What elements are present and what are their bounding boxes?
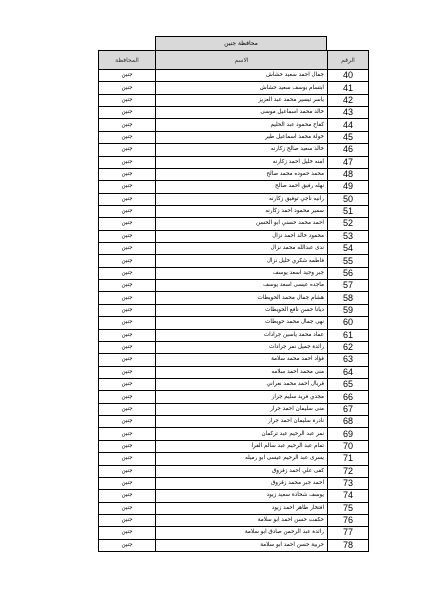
row-governorate: جنين — [99, 144, 156, 156]
table-row: 42ياسر تيسير محمد عبد العزيزجنين — [99, 94, 369, 106]
table-row: 76حكمت حسن احمد ابو سلامةجنين — [99, 514, 369, 526]
table-row: 47امنه خليل احمد زكارنهجنين — [99, 156, 369, 168]
table-row: 75افتخار طاهر احمد زيودجنين — [99, 502, 369, 514]
roster-body: 40جمال احمد سعيد حشاشجنين41ابتسام يوسف س… — [99, 70, 369, 552]
table-row: 58هشام جمال محمد الحويطاتجنين — [99, 292, 369, 304]
row-governorate: جنين — [99, 453, 156, 465]
table-row: 74يوسف شحادة سعيد زيودجنين — [99, 490, 369, 502]
table-row: 63فؤاد احمد محمد سلامةجنين — [99, 354, 369, 366]
row-name: محمد حموده محمد صالح — [156, 168, 328, 180]
row-number: 63 — [328, 354, 369, 366]
row-number: 73 — [328, 477, 369, 489]
column-header-number: الرقم — [328, 51, 369, 70]
row-number: 76 — [328, 514, 369, 526]
row-name: رائدة جميل نمر جرادات — [156, 341, 328, 353]
row-name: حربية حسن احمد ابو سلامة — [156, 539, 328, 551]
table-row: 57ماجده عيسى اسعد يوسفجنين — [99, 280, 369, 292]
row-name: كفى علي احمد زقزوق — [156, 465, 328, 477]
row-number: 78 — [328, 539, 369, 551]
row-name: ديانا حسن نافع الحويطات — [156, 304, 328, 316]
row-number: 65 — [328, 378, 369, 390]
table-row: 65فريال احمد محمد نعرانيجنين — [99, 378, 369, 390]
table-row: 69نمر عبد الرحيم عبد تركمانجنين — [99, 428, 369, 440]
row-number: 43 — [328, 107, 369, 119]
row-name: ياسر تيسير محمد عبد العزيز — [156, 94, 328, 106]
table-row: 40جمال احمد سعيد حشاشجنين — [99, 70, 369, 82]
table-row: 77رائدة عبد الرحمن صادق ابو سلامةجنين — [99, 527, 369, 539]
row-name: امنه خليل احمد زكارنه — [156, 156, 328, 168]
row-name: افتخار طاهر احمد زيود — [156, 502, 328, 514]
row-name: جمال احمد سعيد حشاش — [156, 70, 328, 82]
row-number: 51 — [328, 205, 369, 217]
row-name: مجدي فريد سليم جرار — [156, 391, 328, 403]
row-number: 45 — [328, 131, 369, 143]
row-number: 47 — [328, 156, 369, 168]
column-header-governorate: المحافظة — [99, 51, 156, 70]
row-number: 46 — [328, 144, 369, 156]
table-title: محافظة جنين — [155, 36, 327, 50]
table-row: 60نهى جمال محمد حويطاتجنين — [99, 317, 369, 329]
row-name: يوسف شحادة سعيد زيود — [156, 490, 328, 502]
row-governorate: جنين — [99, 181, 156, 193]
row-number: 58 — [328, 292, 369, 304]
row-name: ندى عبدالله محمد نزال — [156, 243, 328, 255]
row-governorate: جنين — [99, 329, 156, 341]
row-number: 70 — [328, 440, 369, 452]
row-governorate: جنين — [99, 317, 156, 329]
row-number: 74 — [328, 490, 369, 502]
row-name: احمد جبر محمد زقزوق — [156, 477, 328, 489]
row-governorate: جنين — [99, 70, 156, 82]
row-governorate: جنين — [99, 514, 156, 526]
table-row: 78حربية حسن احمد ابو سلامةجنين — [99, 539, 369, 551]
row-name: منى محمد احمد سلامه — [156, 366, 328, 378]
table-row: 72كفى علي احمد زقزوقجنين — [99, 465, 369, 477]
roster-table: الرقم الاسم المحافظة 40جمال احمد سعيد حش… — [98, 50, 369, 552]
table-row: 44كفاح محمود عبد الحليمجنين — [99, 119, 369, 131]
table-row: 45خولة محمد اسماعيل طيرجنين — [99, 131, 369, 143]
row-number: 68 — [328, 416, 369, 428]
row-governorate: جنين — [99, 255, 156, 267]
row-name: خالد سعيد صالح زكارنه — [156, 144, 328, 156]
table-row: 66مجدي فريد سليم جرارجنين — [99, 391, 369, 403]
header-row: الرقم الاسم المحافظة — [99, 51, 369, 70]
row-governorate: جنين — [99, 428, 156, 440]
row-name: فاطمه شكري خليل نزال — [156, 255, 328, 267]
row-name: احمد محمد حسني ابو الحسن — [156, 218, 328, 230]
row-number: 49 — [328, 181, 369, 193]
table-row: 49نهله رفيق احمد صالحجنين — [99, 181, 369, 193]
row-name: منى سليمان احمد جرار — [156, 403, 328, 415]
row-number: 69 — [328, 428, 369, 440]
row-name: عماد محمد ياسين جرادات — [156, 329, 328, 341]
row-number: 75 — [328, 502, 369, 514]
row-name: نهى جمال محمد حويطات — [156, 317, 328, 329]
table-row: 71يسرى عبد الرحيم عيسى ابو رميلهجنين — [99, 453, 369, 465]
row-name: خولة محمد اسماعيل طير — [156, 131, 328, 143]
row-governorate: جنين — [99, 292, 156, 304]
row-name: نمر عبد الرحيم عبد تركمان — [156, 428, 328, 440]
table-row: 53محمود خالد احمد نزالجنين — [99, 230, 369, 242]
table-row: 62رائدة جميل نمر جراداتجنين — [99, 341, 369, 353]
row-governorate: جنين — [99, 131, 156, 143]
row-governorate: جنين — [99, 477, 156, 489]
table-row: 59ديانا حسن نافع الحويطاتجنين — [99, 304, 369, 316]
row-name: كفاح محمود عبد الحليم — [156, 119, 328, 131]
row-number: 41 — [328, 82, 369, 94]
table-row: 48محمد حموده محمد صالحجنين — [99, 168, 369, 180]
row-governorate: جنين — [99, 107, 156, 119]
row-governorate: جنين — [99, 378, 156, 390]
row-name: جبر وحيد اسعد يوسف — [156, 267, 328, 279]
row-name: رائدة عبد الرحمن صادق ابو سلامة — [156, 527, 328, 539]
table-row: 56جبر وحيد اسعد يوسفجنين — [99, 267, 369, 279]
row-number: 72 — [328, 465, 369, 477]
row-number: 52 — [328, 218, 369, 230]
row-governorate: جنين — [99, 366, 156, 378]
column-header-name: الاسم — [156, 51, 328, 70]
row-number: 71 — [328, 453, 369, 465]
row-governorate: جنين — [99, 304, 156, 316]
row-number: 61 — [328, 329, 369, 341]
row-number: 40 — [328, 70, 369, 82]
table-row: 70تمام عبد الرحيم عبد سالم الفراجنين — [99, 440, 369, 452]
row-number: 57 — [328, 280, 369, 292]
row-governorate: جنين — [99, 193, 156, 205]
row-number: 53 — [328, 230, 369, 242]
row-governorate: جنين — [99, 391, 156, 403]
row-governorate: جنين — [99, 465, 156, 477]
row-governorate: جنين — [99, 230, 156, 242]
table-row: 50رانيه ناجي توفيق زكارنهجنين — [99, 193, 369, 205]
row-governorate: جنين — [99, 156, 156, 168]
row-name: ماجده عيسى اسعد يوسف — [156, 280, 328, 292]
row-name: فؤاد احمد محمد سلامة — [156, 354, 328, 366]
table-row: 46خالد سعيد صالح زكارنهجنين — [99, 144, 369, 156]
row-name: محمود خالد احمد نزال — [156, 230, 328, 242]
row-governorate: جنين — [99, 218, 156, 230]
row-governorate: جنين — [99, 527, 156, 539]
row-governorate: جنين — [99, 341, 156, 353]
row-number: 60 — [328, 317, 369, 329]
row-number: 59 — [328, 304, 369, 316]
row-governorate: جنين — [99, 267, 156, 279]
row-number: 42 — [328, 94, 369, 106]
row-number: 54 — [328, 243, 369, 255]
table-row: 51سمير محمود احمد زكارنهجنين — [99, 205, 369, 217]
table-row: 41ابتسام يوسف سعيد حشاشجنين — [99, 82, 369, 94]
row-governorate: جنين — [99, 119, 156, 131]
row-number: 48 — [328, 168, 369, 180]
table-row: 64منى محمد احمد سلامهجنين — [99, 366, 369, 378]
row-name: رانيه ناجي توفيق زكارنه — [156, 193, 328, 205]
row-name: فريال احمد محمد نعراني — [156, 378, 328, 390]
row-name: نادرة سليمان احمد جرار — [156, 416, 328, 428]
table-row: 54ندى عبدالله محمد نزالجنين — [99, 243, 369, 255]
row-number: 55 — [328, 255, 369, 267]
row-governorate: جنين — [99, 440, 156, 452]
row-number: 67 — [328, 403, 369, 415]
table-row: 73احمد جبر محمد زقزوقجنين — [99, 477, 369, 489]
table-row: 55فاطمه شكري خليل نزالجنين — [99, 255, 369, 267]
row-name: خالد محمد اسماعيل موسى — [156, 107, 328, 119]
table-row: 68نادرة سليمان احمد جرارجنين — [99, 416, 369, 428]
document-page: محافظة جنين الرقم الاسم المحافظة 40جمال … — [0, 0, 424, 600]
row-name: سمير محمود احمد زكارنه — [156, 205, 328, 217]
row-name: هشام جمال محمد الحويطات — [156, 292, 328, 304]
row-name: تمام عبد الرحيم عبد سالم الفرا — [156, 440, 328, 452]
row-number: 44 — [328, 119, 369, 131]
row-name: حكمت حسن احمد ابو سلامة — [156, 514, 328, 526]
row-name: نهله رفيق احمد صالح — [156, 181, 328, 193]
table-row: 43خالد محمد اسماعيل موسىجنين — [99, 107, 369, 119]
row-governorate: جنين — [99, 280, 156, 292]
row-governorate: جنين — [99, 205, 156, 217]
row-governorate: جنين — [99, 354, 156, 366]
row-number: 64 — [328, 366, 369, 378]
row-governorate: جنين — [99, 94, 156, 106]
row-governorate: جنين — [99, 416, 156, 428]
row-governorate: جنين — [99, 243, 156, 255]
table-row: 52احمد محمد حسني ابو الحسنجنين — [99, 218, 369, 230]
table-row: 61عماد محمد ياسين جراداتجنين — [99, 329, 369, 341]
row-governorate: جنين — [99, 490, 156, 502]
row-name: ابتسام يوسف سعيد حشاش — [156, 82, 328, 94]
row-governorate: جنين — [99, 168, 156, 180]
row-governorate: جنين — [99, 82, 156, 94]
row-governorate: جنين — [99, 539, 156, 551]
row-number: 66 — [328, 391, 369, 403]
row-governorate: جنين — [99, 403, 156, 415]
row-number: 77 — [328, 527, 369, 539]
row-name: يسرى عبد الرحيم عيسى ابو رميله — [156, 453, 328, 465]
row-governorate: جنين — [99, 502, 156, 514]
row-number: 50 — [328, 193, 369, 205]
table-row: 67منى سليمان احمد جرارجنين — [99, 403, 369, 415]
row-number: 56 — [328, 267, 369, 279]
row-number: 62 — [328, 341, 369, 353]
